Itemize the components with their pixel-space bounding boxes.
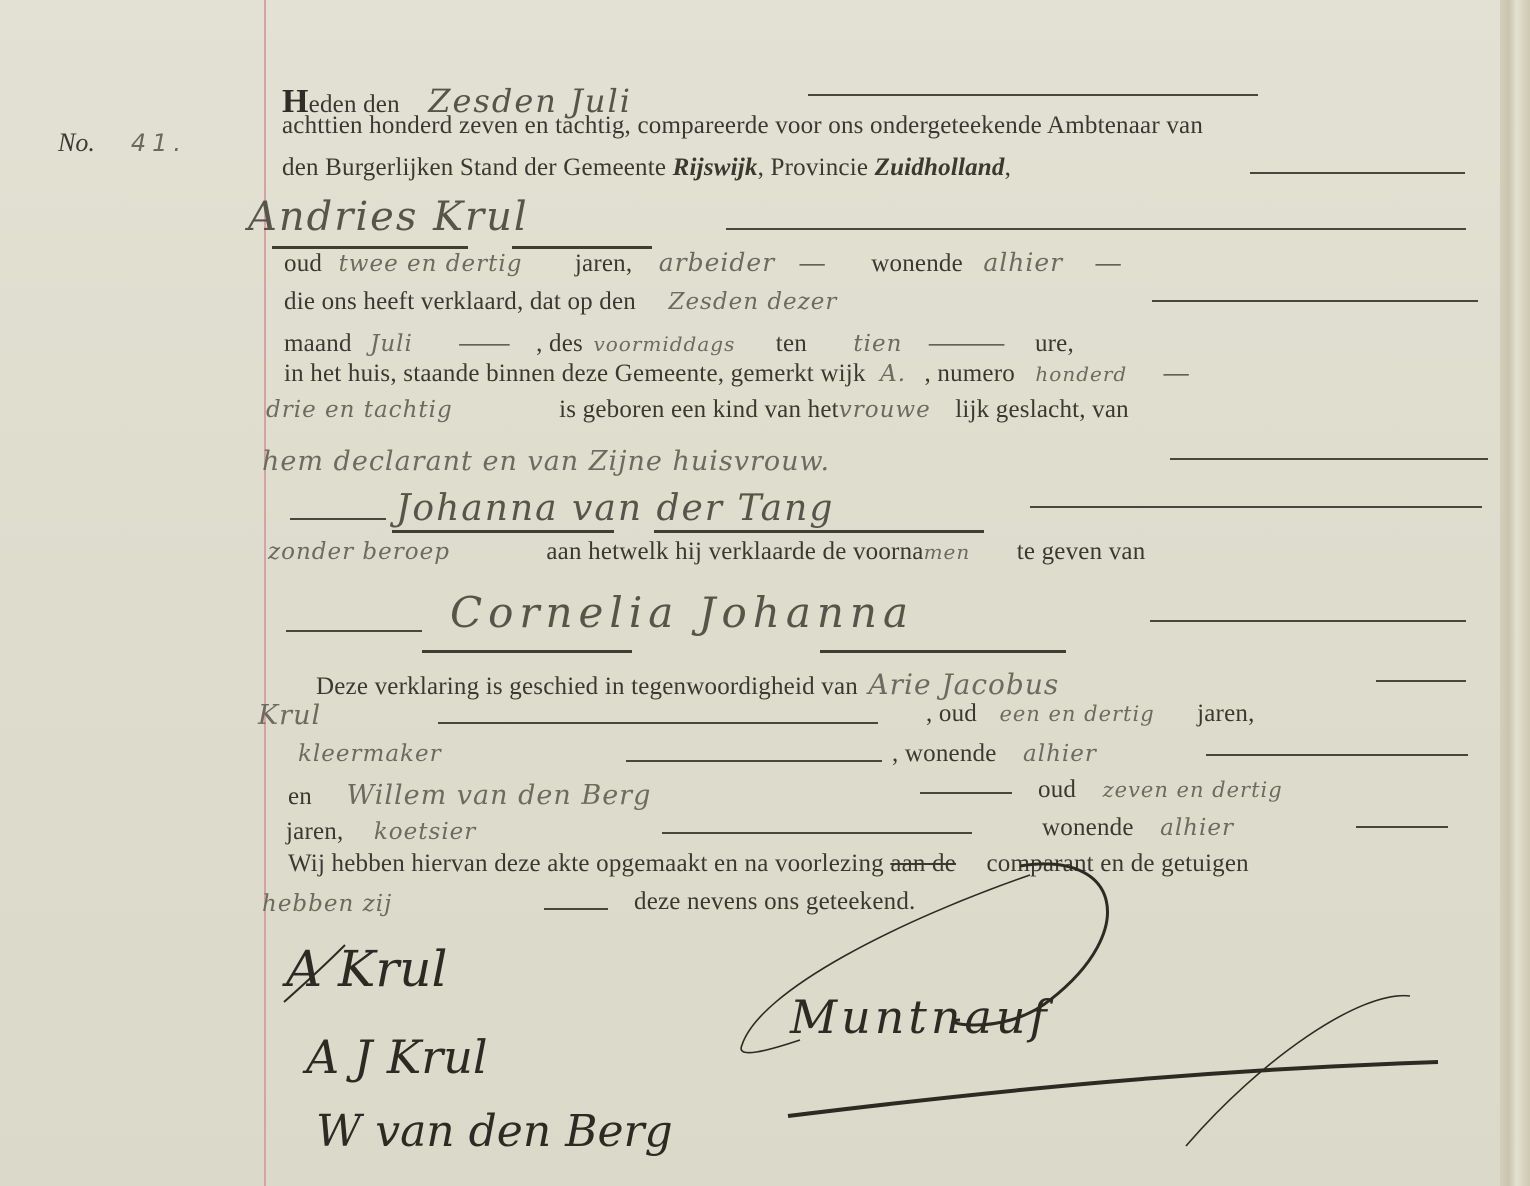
register-page: No.41. Heden den Zesden Juli achttien ho…	[0, 0, 1500, 1186]
registrar-flourish	[0, 0, 1500, 1186]
page-gutter	[1500, 0, 1530, 1186]
